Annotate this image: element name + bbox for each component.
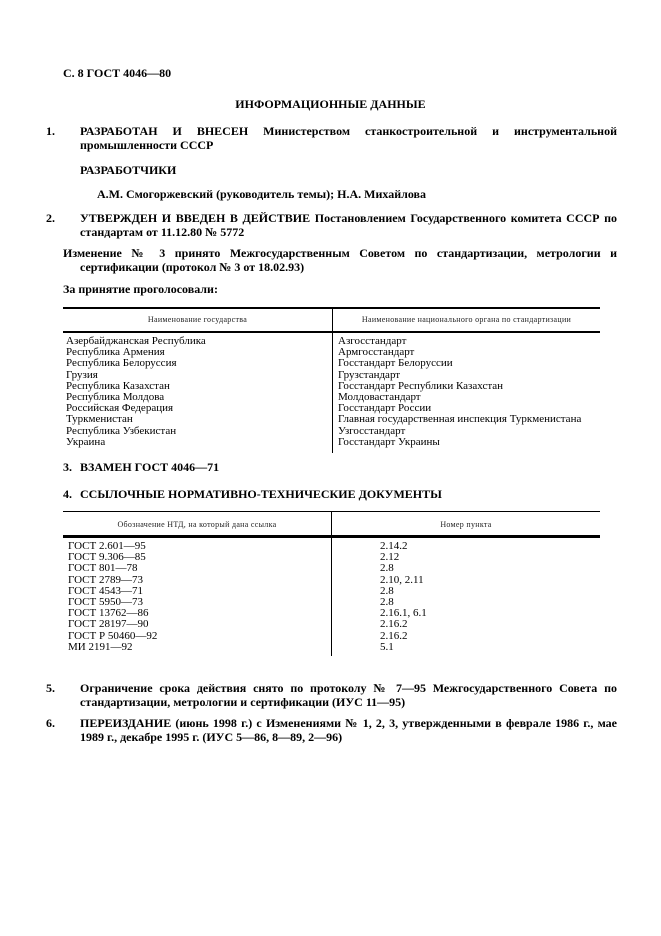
refs-column-divider	[331, 511, 332, 656]
section-4-text: ССЫЛОЧНЫЕ НОРМАТИВНО-ТЕХНИЧЕСКИЕ ДОКУМЕН…	[80, 487, 442, 501]
section-5: 5.Ограничение срока действия снято по пр…	[63, 681, 617, 709]
section-3: 3.ВЗАМЕН ГОСТ 4046—71	[63, 460, 219, 474]
section-2-number: 2.	[63, 211, 80, 225]
voting-bodies-column: АзгосстандартАрмгосстандартГосстандарт Б…	[338, 336, 581, 448]
section-2-lead: УТВЕРЖДЕН И ВВЕДЕН В ДЕЙСТВИЕ	[80, 211, 310, 225]
section-6: 6.ПЕРЕИЗДАНИЕ (июнь 1998 г.) с Изменения…	[63, 716, 617, 744]
section-1-number: 1.	[63, 124, 80, 138]
document-title: ИНФОРМАЦИОННЫЕ ДАННЫЕ	[0, 97, 661, 111]
refs-doc-column: ГОСТ 2.601—95ГОСТ 9.306—85ГОСТ 801—78ГОС…	[68, 541, 157, 653]
section-6-text: ПЕРЕИЗДАНИЕ (июнь 1998 г.) с Изменениями…	[80, 716, 617, 744]
voting-cell: Госстандарт Украины	[338, 437, 581, 448]
voting-cell: Туркменистан	[66, 414, 206, 425]
section-5-number: 5.	[63, 681, 80, 695]
section-4-number: 4.	[63, 487, 80, 501]
voting-states-column: Азербайджанская РеспубликаРеспублика Арм…	[66, 336, 206, 448]
developers-label: РАЗРАБОТЧИКИ	[80, 163, 176, 177]
section-3-number: 3.	[63, 460, 80, 474]
refs-cell: ГОСТ 801—78	[68, 563, 157, 574]
section-4: 4.ССЫЛОЧНЫЕ НОРМАТИВНО-ТЕХНИЧЕСКИЕ ДОКУМ…	[63, 487, 442, 501]
table-column-divider	[332, 307, 333, 453]
voting-header-state: Наименование государства	[63, 315, 332, 324]
refs-cell: 2.16.2	[380, 619, 427, 630]
section-5-text: Ограничение срока действия снято по прот…	[80, 681, 617, 709]
voting-cell: Главная государственная инспекция Туркме…	[338, 414, 581, 425]
section-1: 1.РАЗРАБОТАН И ВНЕСЕН Министерством стан…	[63, 124, 617, 152]
refs-clause-column: 2.14.22.122.82.10, 2.112.82.82.16.1, 6.1…	[380, 541, 427, 653]
voting-cell: Украина	[66, 437, 206, 448]
section-6-number: 6.	[63, 716, 80, 730]
voting-cell: Республика Белоруссия	[66, 358, 206, 369]
page-header: С. 8 ГОСТ 4046—80	[63, 66, 171, 80]
refs-cell: 2.8	[380, 563, 427, 574]
section-3-text: ВЗАМЕН ГОСТ 4046—71	[80, 460, 219, 474]
refs-cell: 5.1	[380, 642, 427, 653]
section-1-lead: РАЗРАБОТАН И ВНЕСЕН	[80, 124, 248, 138]
voting-header-body: Наименование национального органа по ста…	[333, 315, 600, 324]
refs-header-clause: Номер пункта	[332, 520, 600, 529]
refs-cell: МИ 2191—92	[68, 642, 157, 653]
amendment-note: Изменение № 3 принято Межгосударственным…	[63, 246, 617, 274]
section-2: 2.УТВЕРЖДЕН И ВВЕДЕН В ДЕЙСТВИЕ Постанов…	[63, 211, 617, 239]
voting-cell: Госстандарт Белоруссии	[338, 358, 581, 369]
voted-label: За принятие проголосовали:	[63, 282, 218, 296]
refs-header-doc: Обозначение НТД, на который дана ссылка	[63, 520, 331, 529]
refs-cell: ГОСТ 28197—90	[68, 619, 157, 630]
developers-list: А.М. Смогоржевский (руководитель темы); …	[97, 187, 426, 201]
